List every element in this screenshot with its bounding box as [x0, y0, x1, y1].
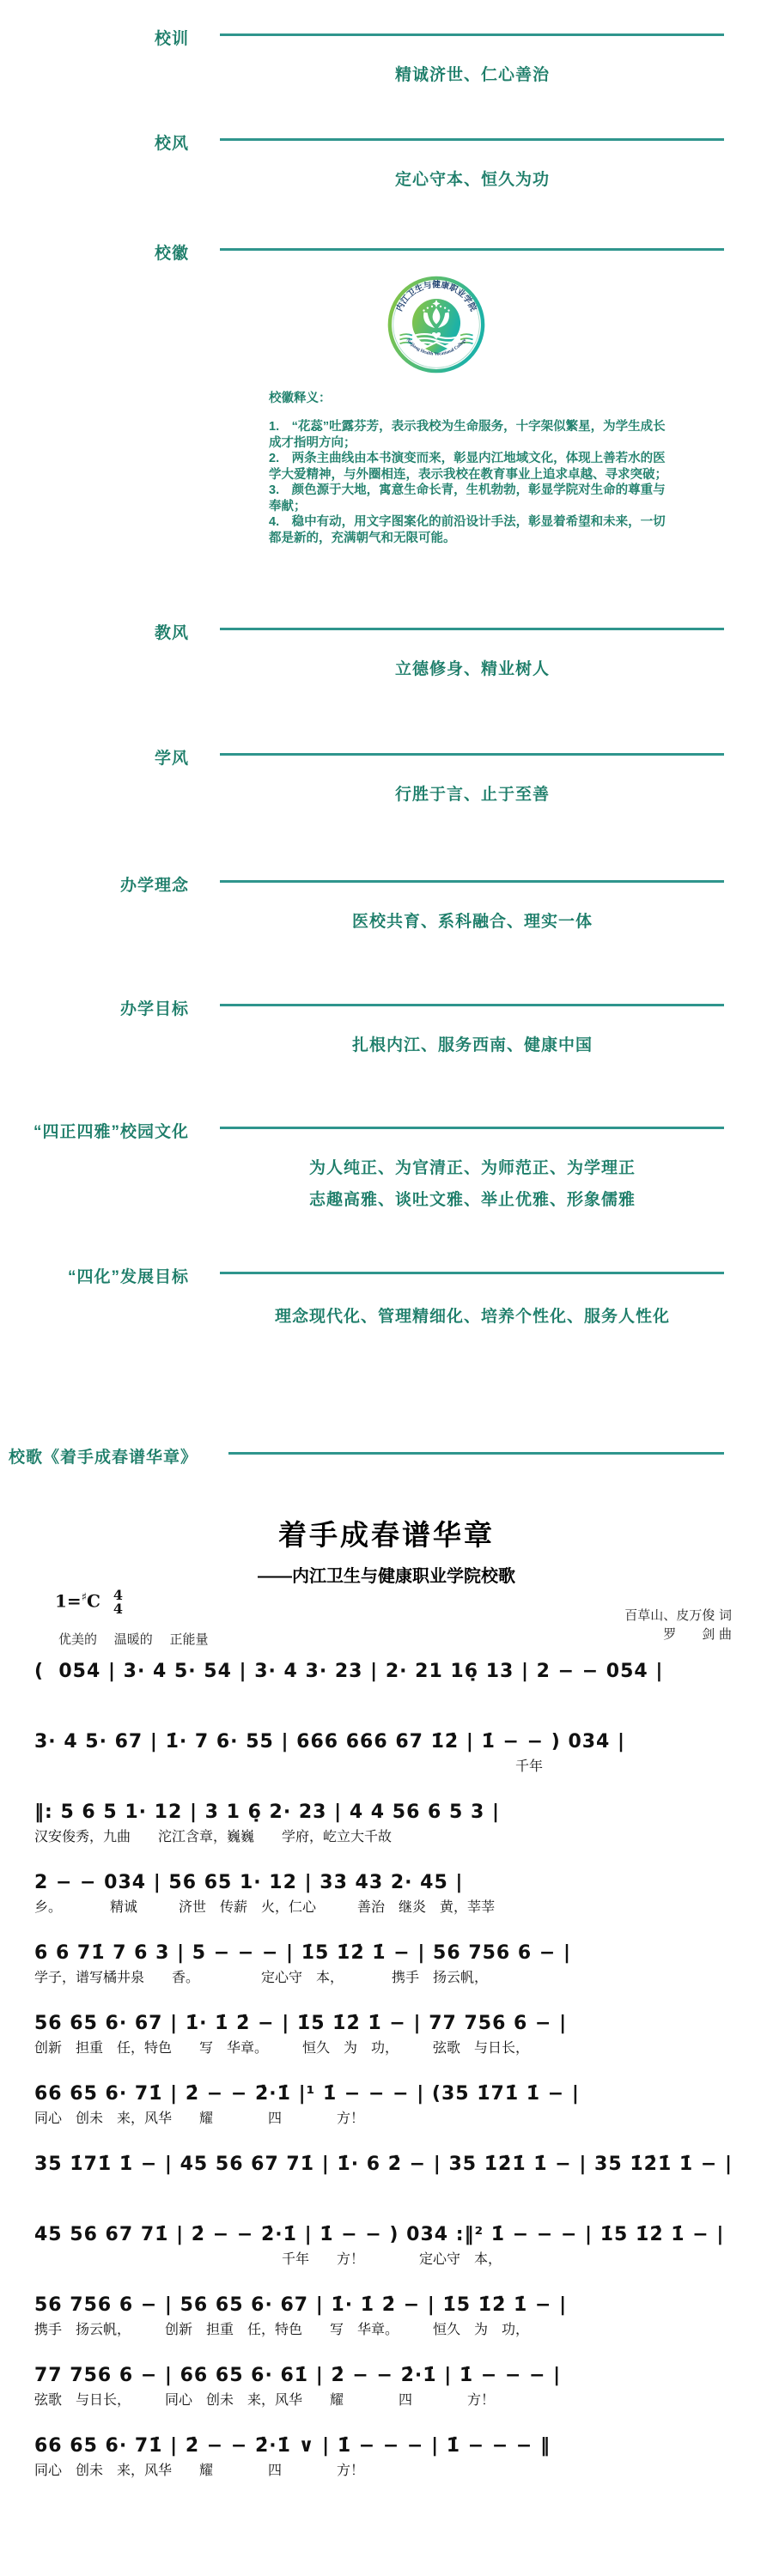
notation-line: ( 054 | 3· 4 5· 54 | 3· 4 3· 23 | 2· 21 …	[34, 1661, 739, 1682]
score-system-row: 66 65 6· 71̇ | 2̇ − − 2̇·1̇ ∨ | 1̇ − − −…	[34, 2435, 739, 2506]
section-label: “四正四雅”校园文化	[0, 1119, 189, 1142]
score-systems: ( 054 | 3· 4 5· 54 | 3· 4 3· 23 | 2· 21 …	[34, 1661, 739, 2506]
philosophy-text: 医校共育、系科融合、理实一体	[220, 908, 725, 932]
notation-line: 35 1̇71̇ 1̇ − | 45 56 67 71̇ | 1̇· 6 2̇ …	[34, 2154, 739, 2175]
lyrics-line: 弦歌 与日长， 同心 创未 来，风华 耀 四 方！	[34, 2389, 739, 2409]
anthem-meta: 1=♯C 4 4 优美的 温暖的 正能量 百草山、皮万俊 词 罗 剑 曲	[34, 1587, 739, 1656]
tempo-mood-marking: 优美的 温暖的 正能量	[58, 1630, 209, 1648]
section-label: 校风	[0, 131, 189, 154]
emblem-interpretation-title: 校徽释义：	[269, 388, 332, 406]
score-system-row: 56 756 6 − | 56 65 6· 67 | 1̇· 1̇ 2̇ − |…	[34, 2294, 739, 2365]
key-signature: 1=♯C 4 4	[55, 1589, 123, 1616]
lyrics-line: 创新 担重 任，特色 写 华章。 恒久 为 功， 弦歌 与日长，	[34, 2037, 739, 2057]
notation-line: 66 65 6· 71̇ | 2̇ − − 2̇·1̇ |¹ 1̇ − − − …	[34, 2083, 739, 2105]
score-system-row: 35 1̇71̇ 1̇ − | 45 56 67 71̇ | 1̇· 6 2̇ …	[34, 2154, 739, 2224]
notation-line: 3· 4 5· 67 | 1̇· 7 6· 55 | 666 666 67 1̇…	[34, 1731, 739, 1753]
motto-text: 精诚济世、仁心善治	[220, 62, 725, 85]
divider-line	[220, 138, 724, 141]
emblem-interpretation-list: 1. “花蕊”吐露芬芳，表示我校为生命服务，十字架似繁星，为学生成长成才指明方向…	[269, 419, 669, 546]
notation-line: 45 56 67 71̇ | 2̇ − − 2̇·1̇ | 1̇ − − ) 0…	[34, 2224, 739, 2245]
score-system-row: 66 65 6· 71̇ | 2̇ − − 2̇·1̇ |¹ 1̇ − − − …	[34, 2083, 739, 2154]
emblem-interpretation-item: 1. “花蕊”吐露芬芳，表示我校为生命服务，十字架似繁星，为学生成长成才指明方向…	[269, 419, 669, 451]
lyricist-credit: 百草山、皮万俊 词	[624, 1606, 732, 1625]
notation-line: 56 756 6 − | 56 65 6· 67 | 1̇· 1̇ 2̇ − |…	[34, 2294, 739, 2316]
divider-line	[220, 1127, 724, 1129]
notation-line: ‖: 5 6 5 1· 12 | 3 1 6̣ 2· 23 | 4 4 56 6…	[34, 1801, 739, 1823]
lyrics-line: 学子，谱写橘井泉 香。 定心守 本， 携手 扬云帆，	[34, 1966, 739, 1986]
lyrics-line: 乡。 精诚 济世 传薪 火，仁心 善治 继炎 黄，莘莘	[34, 1896, 739, 1916]
score-system-row: 6 6 71̇ 7 6 3 | 5 − − − | 1̇5 1̇2̇ 1̇ − …	[34, 1942, 739, 2013]
lyrics-line: 汉安俊秀，九曲 沱江含章，巍巍 学府，屹立大千故	[34, 1826, 739, 1845]
school-emblem-logo: 内江卫生与健康职业学院	[386, 275, 486, 374]
section-label: 校训	[0, 26, 189, 49]
emblem-svg: 内江卫生与健康职业学院	[386, 275, 486, 374]
section-label: 办学理念	[0, 872, 189, 896]
notation-line: 56 65 6· 67 | 1̇· 1̇ 2̇ − | 1̇5 1̇2̇ 1̇ …	[34, 2013, 739, 2034]
time-bottom: 4	[113, 1602, 123, 1616]
divider-line	[220, 33, 724, 36]
time-signature: 4 4	[113, 1589, 123, 1616]
emblem-interpretation-item: 2. 两条主曲线由本书演变而来，彰显内江地域文化，体现上善若水的医学大爱精神，与…	[269, 451, 669, 483]
divider-line	[228, 1452, 724, 1455]
lyrics-line: 携手 扬云帆， 创新 担重 任，特色 写 华章。 恒久 为 功，	[34, 2318, 739, 2338]
divider-line	[220, 880, 724, 883]
notation-line: 6 6 71̇ 7 6 3 | 5 − − − | 1̇5 1̇2̇ 1̇ − …	[34, 1942, 739, 1964]
divider-line	[220, 1272, 724, 1274]
section-label: 校徽	[0, 240, 189, 264]
score-system-row: 45 56 67 71̇ | 2̇ − − 2̇·1̇ | 1̇ − − ) 0…	[34, 2224, 739, 2294]
section-label: 校歌《着手成春谱华章》	[0, 1444, 198, 1467]
lyrics-line: 同心 创未 来，风华 耀 四 方！	[34, 2459, 739, 2479]
divider-line	[220, 1004, 724, 1006]
credits: 百草山、皮万俊 词 罗 剑 曲	[624, 1606, 732, 1643]
score-system-row: 56 65 6· 67 | 1̇· 1̇ 2̇ − | 1̇5 1̇2̇ 1̇ …	[34, 2013, 739, 2083]
school-spirit-text: 定心守本、恒久为功	[220, 167, 725, 190]
section-label: 教风	[0, 620, 189, 643]
score-system-row: ( 054 | 3· 4 5· 54 | 3· 4 3· 23 | 2· 21 …	[34, 1661, 739, 1731]
key-eq: 1=	[55, 1591, 82, 1612]
anthem-title: 着手成春谱华章	[34, 1513, 739, 1553]
divider-line	[220, 248, 724, 251]
emblem-interpretation-item: 3. 颜色源于大地，寓意生命长青，生机勃勃，彰显学院对生命的尊重与奉献；	[269, 483, 669, 514]
notation-line: 2 − − 034 | 56 65 1· 12 | 33 43 2· 45 |	[34, 1872, 739, 1893]
score-system-row: 2 − − 034 | 56 65 1· 12 | 33 43 2· 45 | …	[34, 1872, 739, 1942]
campus-culture-line1: 为人纯正、为官清正、为师范正、为学理正	[220, 1155, 725, 1178]
notation-line: 77 756 6 − | 66 65 6· 61̇ | 2̇ − − 2̇·1̇…	[34, 2365, 739, 2386]
score-system-row: 77 756 6 − | 66 65 6· 61̇ | 2̇ − − 2̇·1̇…	[34, 2365, 739, 2435]
teaching-style-text: 立德修身、精业树人	[220, 656, 725, 679]
score-system-row: 3· 4 5· 67 | 1̇· 7 6· 55 | 666 666 67 1̇…	[34, 1731, 739, 1801]
section-label: “四化”发展目标	[0, 1264, 189, 1287]
section-label: 办学目标	[0, 996, 189, 1019]
goal-text: 扎根内江、服务西南、健康中国	[220, 1032, 725, 1055]
composer-credit: 罗 剑 曲	[624, 1625, 732, 1643]
divider-line	[220, 753, 724, 756]
anthem-sheet-music: 着手成春谱华章 ——内江卫生与健康职业学院校歌 1=♯C 4 4 优美的 温暖的…	[34, 1513, 739, 2506]
study-style-text: 行胜于言、止于至善	[220, 781, 725, 805]
anthem-subtitle: ——内江卫生与健康职业学院校歌	[34, 1562, 739, 1587]
development-goal-text: 理念现代化、管理精细化、培养个性化、服务人性化	[220, 1303, 725, 1327]
emblem-interpretation-item: 4. 稳中有动，用文字图案化的前沿设计手法，彰显着希望和未来，一切都是新的，充满…	[269, 514, 669, 546]
lyrics-line: 千年	[34, 1755, 739, 1775]
section-label: 学风	[0, 745, 189, 769]
lyrics-line: 千年 方！ 定心守 本，	[34, 2248, 739, 2268]
campus-culture-line2: 志趣高雅、谈吐文雅、举止优雅、形象儒雅	[220, 1187, 725, 1210]
lyrics-line: 同心 创未 来，风华 耀 四 方！	[34, 2107, 739, 2127]
divider-line	[220, 628, 724, 630]
school-culture-page: { "colors": { "accent_text": "#1b7c68", …	[0, 0, 773, 2576]
score-system-row: ‖: 5 6 5 1· 12 | 3 1 6̣ 2· 23 | 4 4 56 6…	[34, 1801, 739, 1872]
key-note: C	[87, 1591, 100, 1612]
notation-line: 66 65 6· 71̇ | 2̇ − − 2̇·1̇ ∨ | 1̇ − − −…	[34, 2435, 739, 2457]
